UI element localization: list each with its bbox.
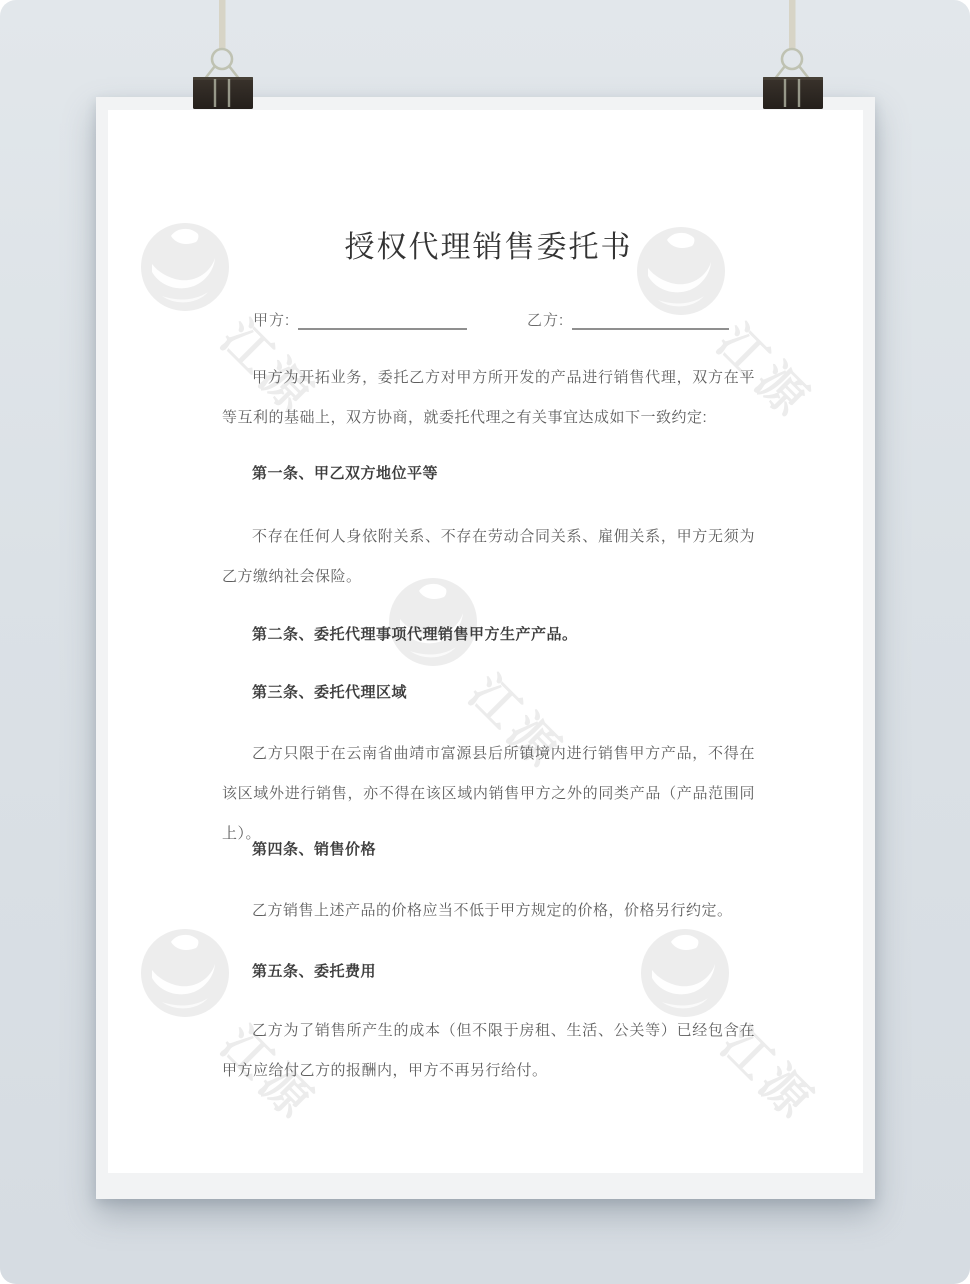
hanging-string xyxy=(789,0,796,50)
brand-logo-icon xyxy=(140,222,230,312)
scene-background: 江源 江源 江源 xyxy=(0,0,970,1284)
binder-clip-icon xyxy=(758,0,826,112)
section-5-paragraph: 乙方为了销售所产生的成本（但不限于房租、生活、公关等）已经包含在甲方应给付乙方的… xyxy=(222,1011,755,1091)
party-row: 甲方: 乙方: xyxy=(222,306,755,338)
section-2-heading: 第二条、委托代理事项代理销售甲方生产产品。 xyxy=(222,615,755,655)
hanging-string xyxy=(219,0,226,50)
binder-clip-right xyxy=(758,0,826,112)
party-a-label: 甲方: xyxy=(253,309,290,330)
section-5-heading: 第五条、委托费用 xyxy=(222,952,755,992)
section-1-heading: 第一条、甲乙双方地位平等 xyxy=(222,454,755,494)
section-4-paragraph: 乙方销售上述产品的价格应当不低于甲方规定的价格，价格另行约定。 xyxy=(222,891,755,931)
party-a-blank-line xyxy=(298,328,467,330)
binder-clip-left xyxy=(188,0,256,112)
binder-clip-icon xyxy=(188,0,256,112)
document-page: 江源 江源 江源 xyxy=(108,110,863,1173)
paper-backing-sheet: 江源 江源 江源 xyxy=(96,97,875,1199)
section-4-heading: 第四条、销售价格 xyxy=(222,830,755,870)
brand-logo-icon xyxy=(140,928,230,1018)
intro-paragraph: 甲方为开拓业务，委托乙方对甲方所开发的产品进行销售代理，双方在平等互利的基础上，… xyxy=(222,358,755,438)
section-3-heading: 第三条、委托代理区域 xyxy=(222,673,755,713)
document-title: 授权代理销售委托书 xyxy=(222,222,755,266)
section-1-paragraph: 不存在任何人身依附关系、不存在劳动合同关系、雇佣关系，甲方无须为乙方缴纳社会保险… xyxy=(222,517,755,597)
party-b-blank-line xyxy=(572,328,729,330)
party-b-label: 乙方: xyxy=(527,309,564,330)
